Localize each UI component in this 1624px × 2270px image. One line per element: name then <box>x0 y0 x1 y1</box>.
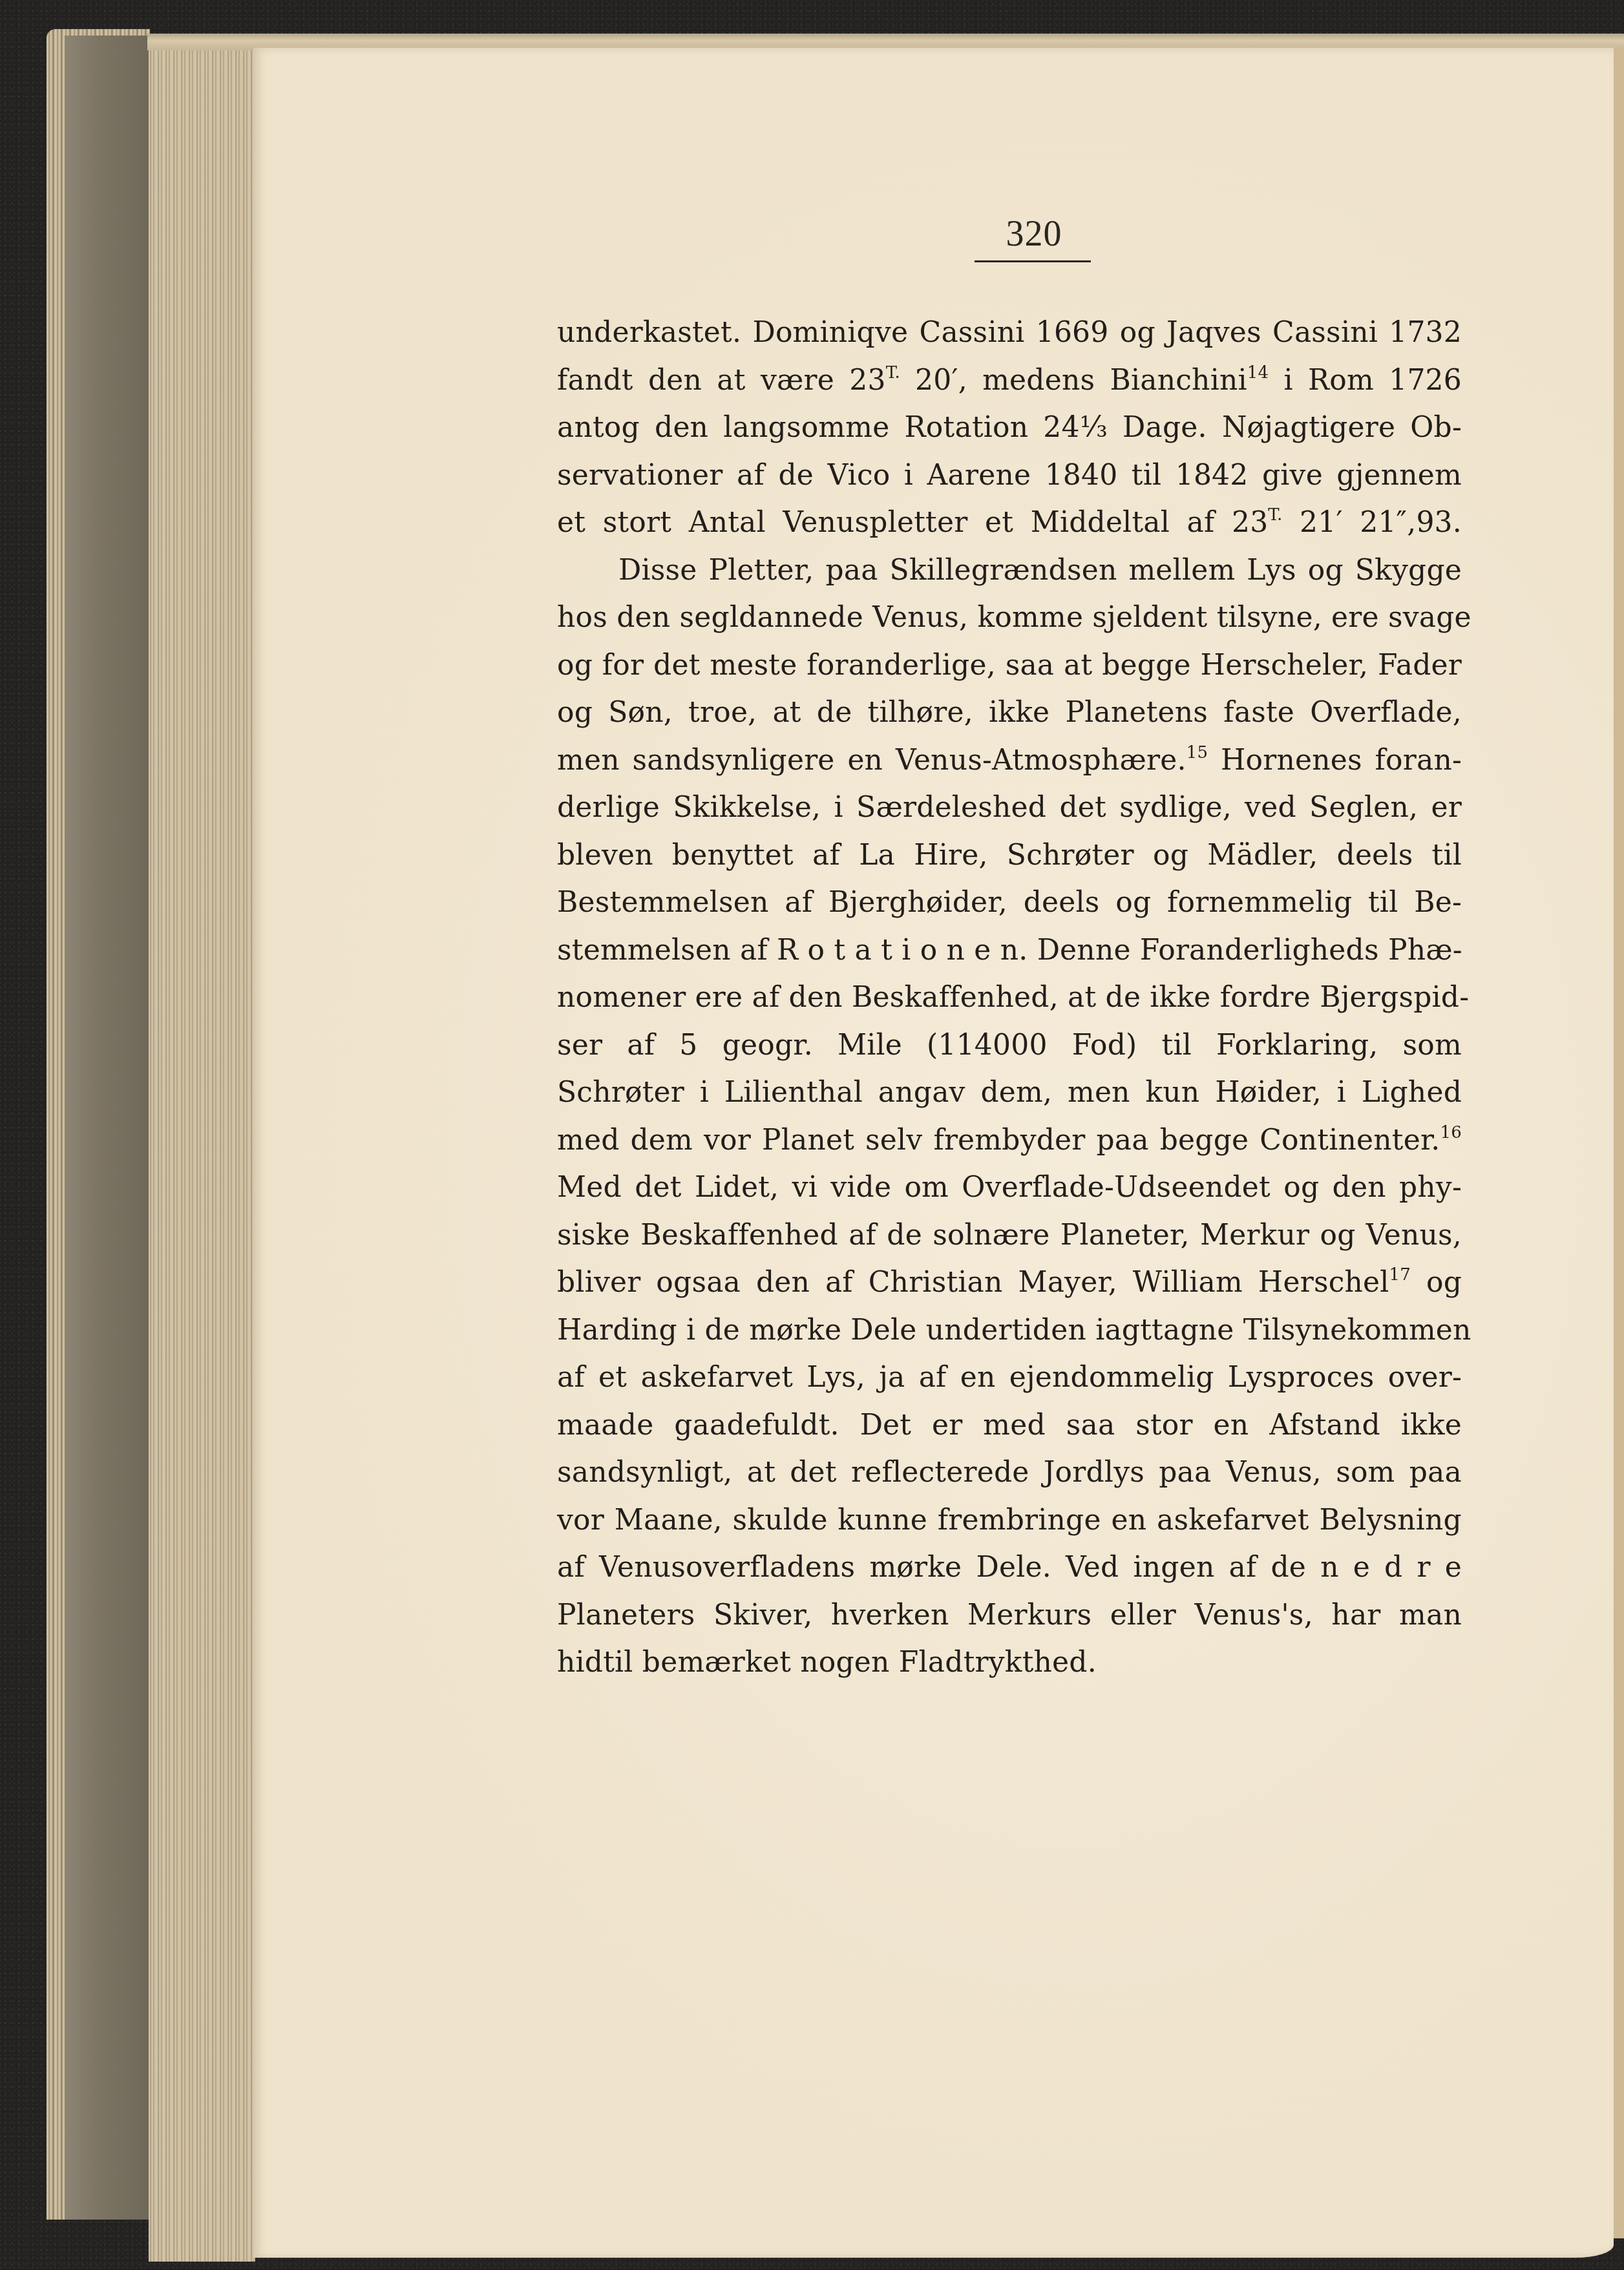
text-segment: 21′ 21″,93. <box>1283 506 1462 539</box>
footnote-ref-14: 14 <box>1247 363 1269 383</box>
paragraph-start-line: Disse Pletter, paa Skillegrændsen mellem… <box>557 547 1462 594</box>
text-line: med dem vor Planet selv frembyder paa be… <box>557 1117 1462 1164</box>
text-segment: men sandsynligere en Venus-Atmosphære. <box>557 744 1186 777</box>
text-segment: bliver ogsaa den af Christian Mayer, Wil… <box>557 1266 1389 1299</box>
page-stack-edges-inner <box>149 39 255 2262</box>
page-number-rule <box>975 260 1091 262</box>
text-line: ser af 5 geogr. Mile (114000 Fod) til Fo… <box>557 1022 1462 1069</box>
text-line: hidtil bemærket nogen Fladtrykthed. <box>557 1639 1462 1687</box>
text-segment: og <box>1411 1266 1462 1299</box>
text-segment: et stort Antal Venuspletter et Middeltal… <box>557 506 1268 539</box>
text-line: af et askefarvet Lys, ja af en ejendomme… <box>557 1354 1462 1402</box>
text-line: Bestemmelsen af Bjerghøider, deels og fo… <box>557 879 1462 927</box>
text-segment: i Rom 1726 <box>1269 364 1462 397</box>
text-line: men sandsynligere en Venus-Atmosphære.15… <box>557 737 1462 784</box>
text-segment: fandt den at være 23 <box>557 364 886 397</box>
footnote-ref-17: 17 <box>1389 1265 1411 1285</box>
text-line: vor Maane, skulde kunne frembringe en as… <box>557 1497 1462 1544</box>
text-line: bleven benyttet af La Hire, Schrøter og … <box>557 832 1462 879</box>
text-segment: med dem vor Planet selv frembyder paa be… <box>557 1124 1440 1157</box>
text-line: og for det meste foranderlige, saa at be… <box>557 642 1462 689</box>
text-line: et stort Antal Venuspletter et Middeltal… <box>557 499 1462 547</box>
text-line: siske Beskaffenhed af de solnære Planete… <box>557 1212 1462 1259</box>
footnote-ref-16: 16 <box>1440 1123 1462 1142</box>
text-line: fandt den at være 23T. 20′, medens Bianc… <box>557 357 1462 405</box>
text-line: Med det Lidet, vi vide om Overflade-Udse… <box>557 1164 1462 1212</box>
text-segment: Hornenes foran- <box>1208 744 1462 777</box>
text-line: Harding i de mørke Dele undertiden iagtt… <box>557 1307 1462 1354</box>
text-line: Planeters Skiver, hverken Merkurs eller … <box>557 1592 1462 1639</box>
right-page-edge <box>1614 48 1624 2238</box>
text-line: maade gaadefuldt. Det er med saa stor en… <box>557 1402 1462 1449</box>
page-number: 320 <box>989 213 1079 255</box>
text-line: hos den segldannede Venus, komme sjelden… <box>557 594 1462 642</box>
text-line: antog den langsomme Rotation 24¹⁄₃ Dage.… <box>557 404 1462 452</box>
text-line: Schrøter i Lilienthal angav dem, men kun… <box>557 1069 1462 1117</box>
text-line: af Venusoverfladens mørke Dele. Ved inge… <box>557 1544 1462 1592</box>
superscript: T. <box>886 363 900 383</box>
text-line: bliver ogsaa den af Christian Mayer, Wil… <box>557 1259 1462 1307</box>
text-line: underkastet. Dominiqve Cassini 1669 og J… <box>557 309 1462 357</box>
text-line: nomener ere af den Beskaffenhed, at de i… <box>557 974 1462 1022</box>
text-line: og Søn, troe, at de tilhøre, ikke Planet… <box>557 689 1462 737</box>
body-text: underkastet. Dominiqve Cassini 1669 og J… <box>557 309 1462 1687</box>
text-line: servationer af de Vico i Aarene 1840 til… <box>557 452 1462 499</box>
text-line: sandsynligt, at det reflecterede Jordlys… <box>557 1449 1462 1497</box>
text-line: derlige Skikkelse, i Særdeleshed det syd… <box>557 784 1462 832</box>
footnote-ref-15: 15 <box>1186 743 1208 762</box>
page-stack-shadow <box>65 36 149 2220</box>
superscript: T. <box>1268 505 1282 525</box>
text-segment: 20′, medens Bianchini <box>900 364 1247 397</box>
text-line: stemmelsen af R o t a t i o n e n. Denne… <box>557 927 1462 974</box>
